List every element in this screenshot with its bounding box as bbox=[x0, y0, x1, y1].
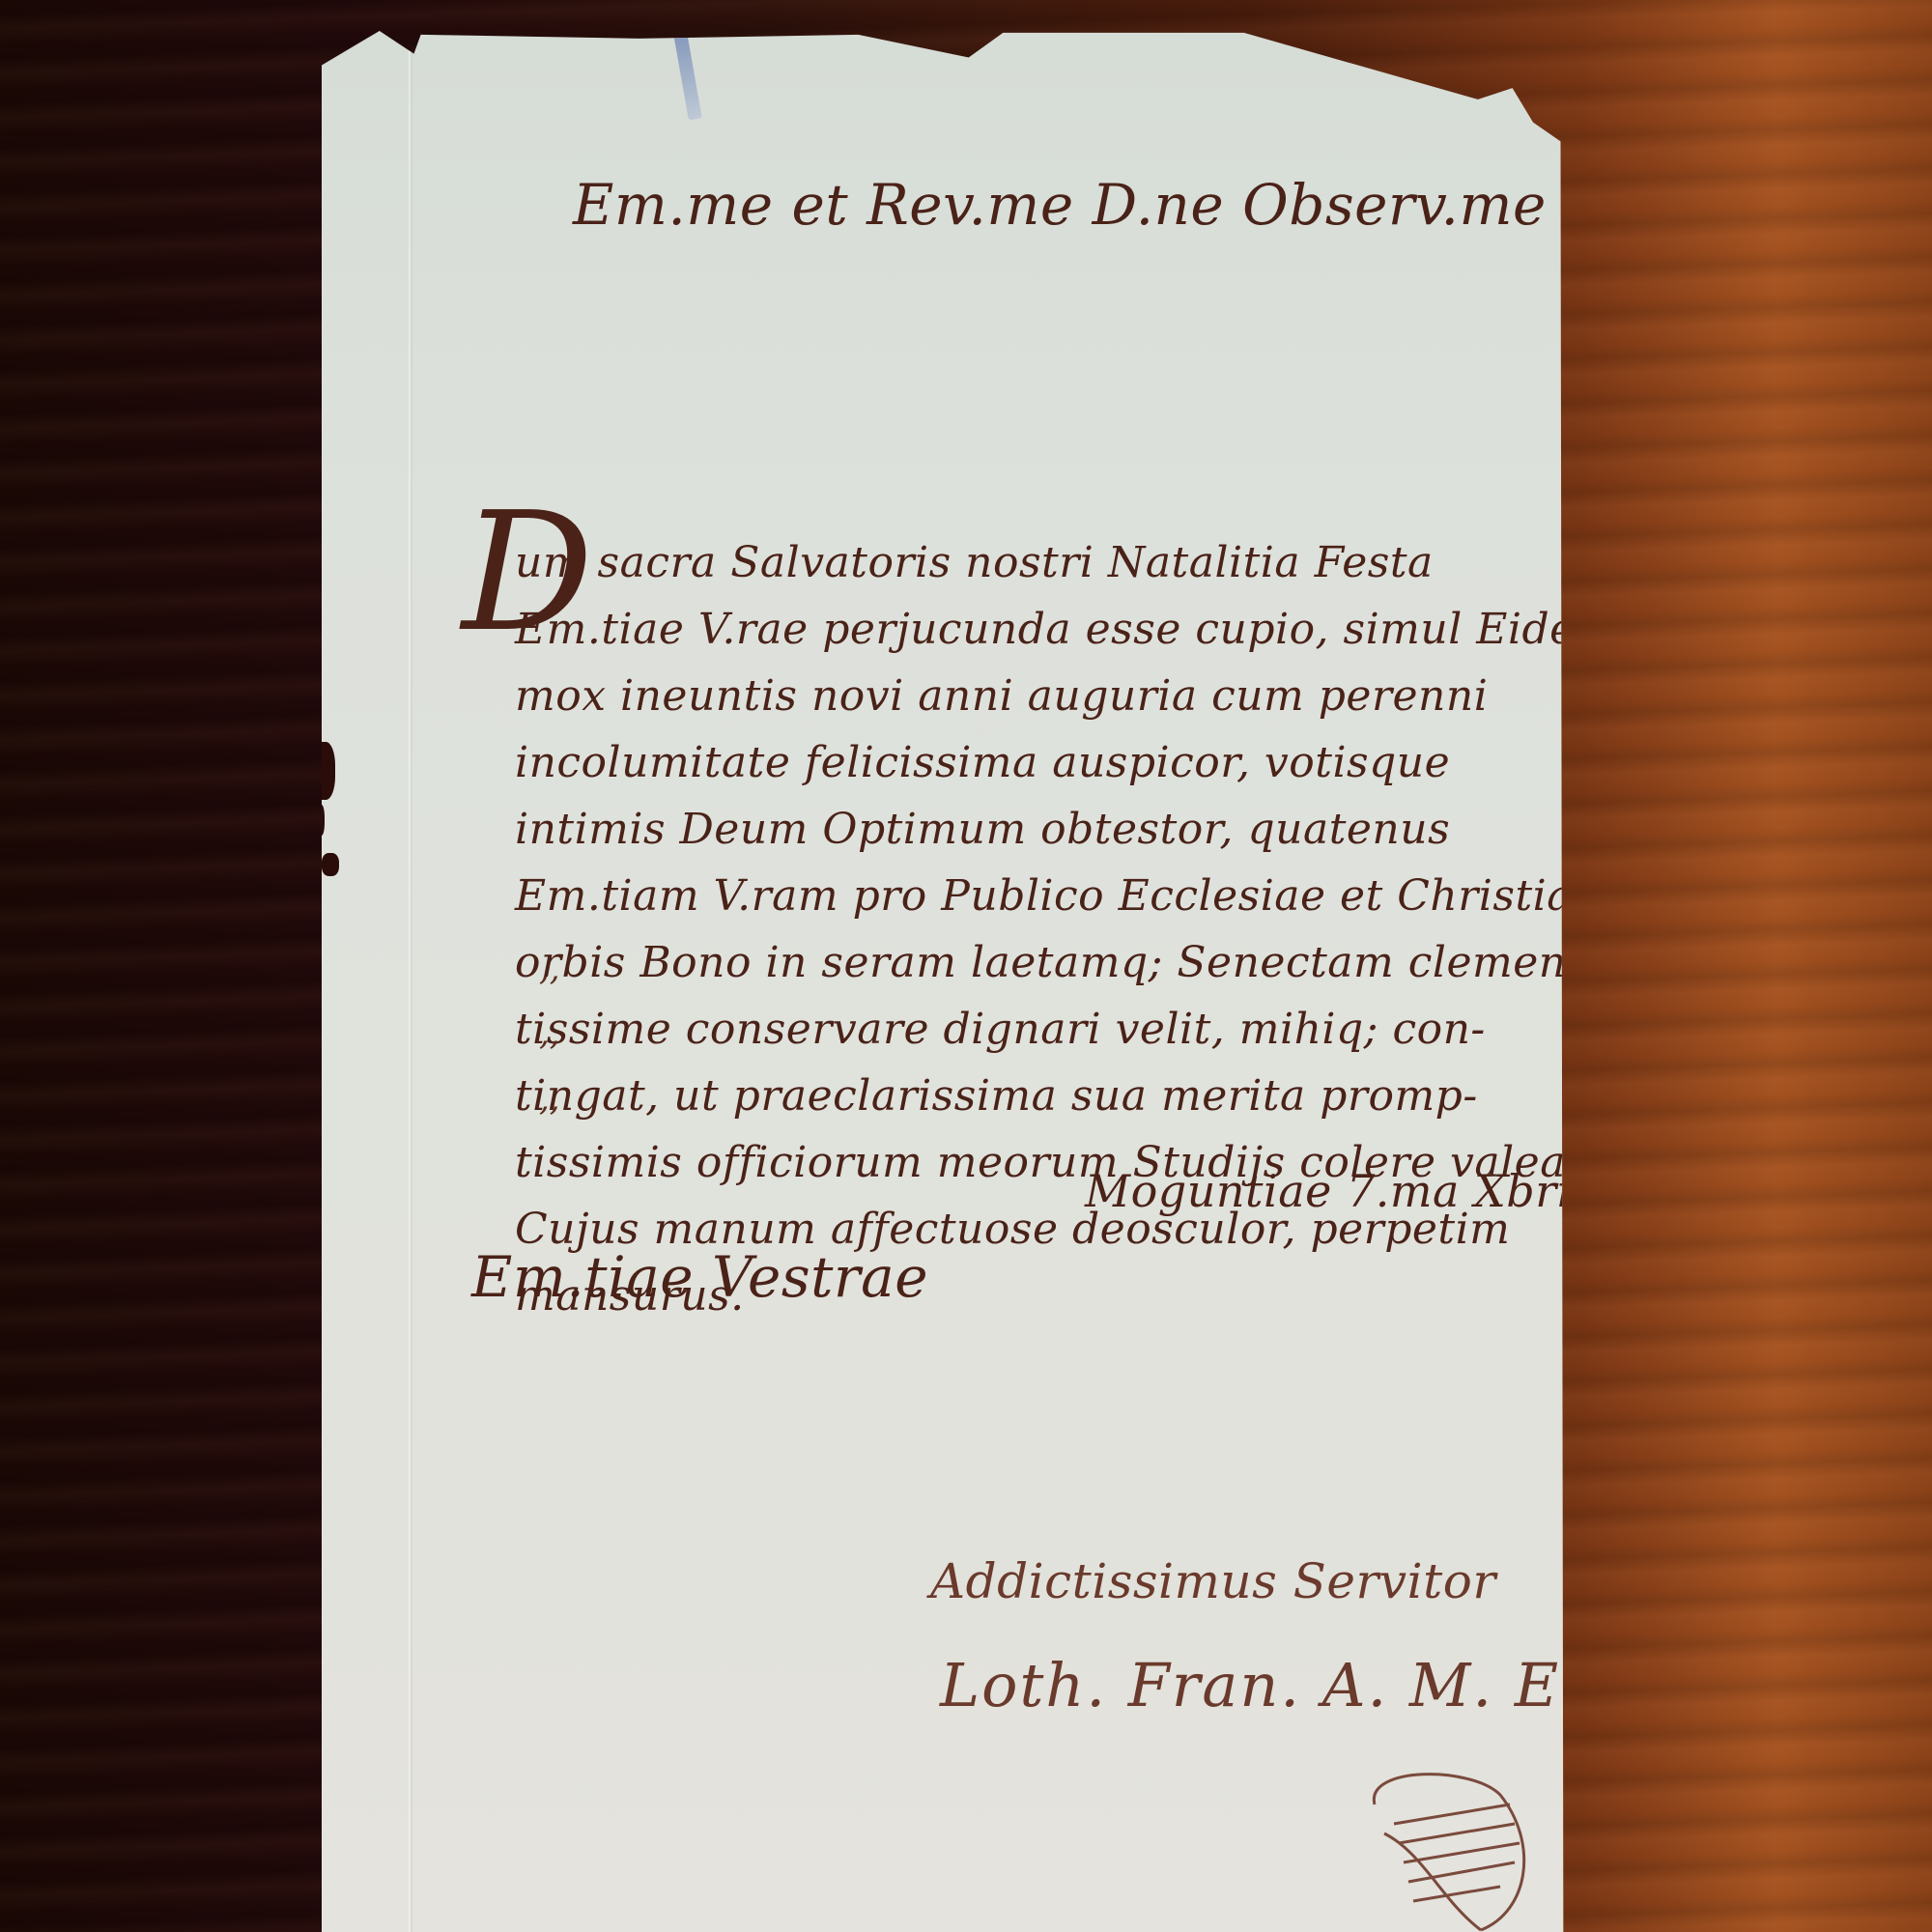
body-line: Em.tiae V.rae perjucunda esse cupio, sim… bbox=[515, 596, 1621, 663]
body-line: intimis Deum Optimum obtestor, quatenus bbox=[515, 796, 1621, 863]
ink-stain bbox=[322, 853, 339, 876]
salutation: Em.me et Rev.me D.ne Observ.me bbox=[573, 172, 1547, 238]
body-line: Em.tiam V.ram pro Publico Ecclesiae et C… bbox=[515, 863, 1621, 929]
ink-stain bbox=[317, 805, 325, 836]
body-line: orbis Bono in seram laetamq; Senectam cl… bbox=[515, 929, 1621, 996]
letter-sheet: Em.me et Rev.me D.ne Observ.me D um sacr… bbox=[322, 27, 1698, 1932]
body-line: tingat, ut praeclarissima sua merita pro… bbox=[515, 1063, 1621, 1129]
body-line: um sacra Salvatoris nostri Natalitia Fes… bbox=[515, 529, 1621, 596]
valediction: Addictissimus Servitor bbox=[930, 1553, 1496, 1609]
body-line: mox ineuntis novi anni auguria cum peren… bbox=[515, 663, 1621, 729]
quotation-mark: ,, bbox=[539, 1014, 560, 1053]
quotation-mark: ,, bbox=[539, 1080, 560, 1119]
paper-tear bbox=[673, 32, 701, 120]
body-line: incolumitate felicissima auspicor, votis… bbox=[515, 729, 1621, 796]
place-and-date: Moguntiae 7.ma Xbris 1698. bbox=[1085, 1165, 1739, 1217]
fold-crease bbox=[409, 27, 412, 1932]
body-line: tissime conservare dignari velit, mihiq;… bbox=[515, 996, 1621, 1063]
closing-address: Em.tiae Vestrae bbox=[471, 1244, 928, 1310]
signature-flourish-icon bbox=[1355, 1766, 1539, 1932]
ink-stain bbox=[249, 724, 307, 742]
quotation-mark: ,, bbox=[539, 950, 560, 988]
signature: Loth. Fran. A. M. E. bbox=[940, 1650, 1581, 1720]
ink-stain bbox=[312, 742, 335, 800]
